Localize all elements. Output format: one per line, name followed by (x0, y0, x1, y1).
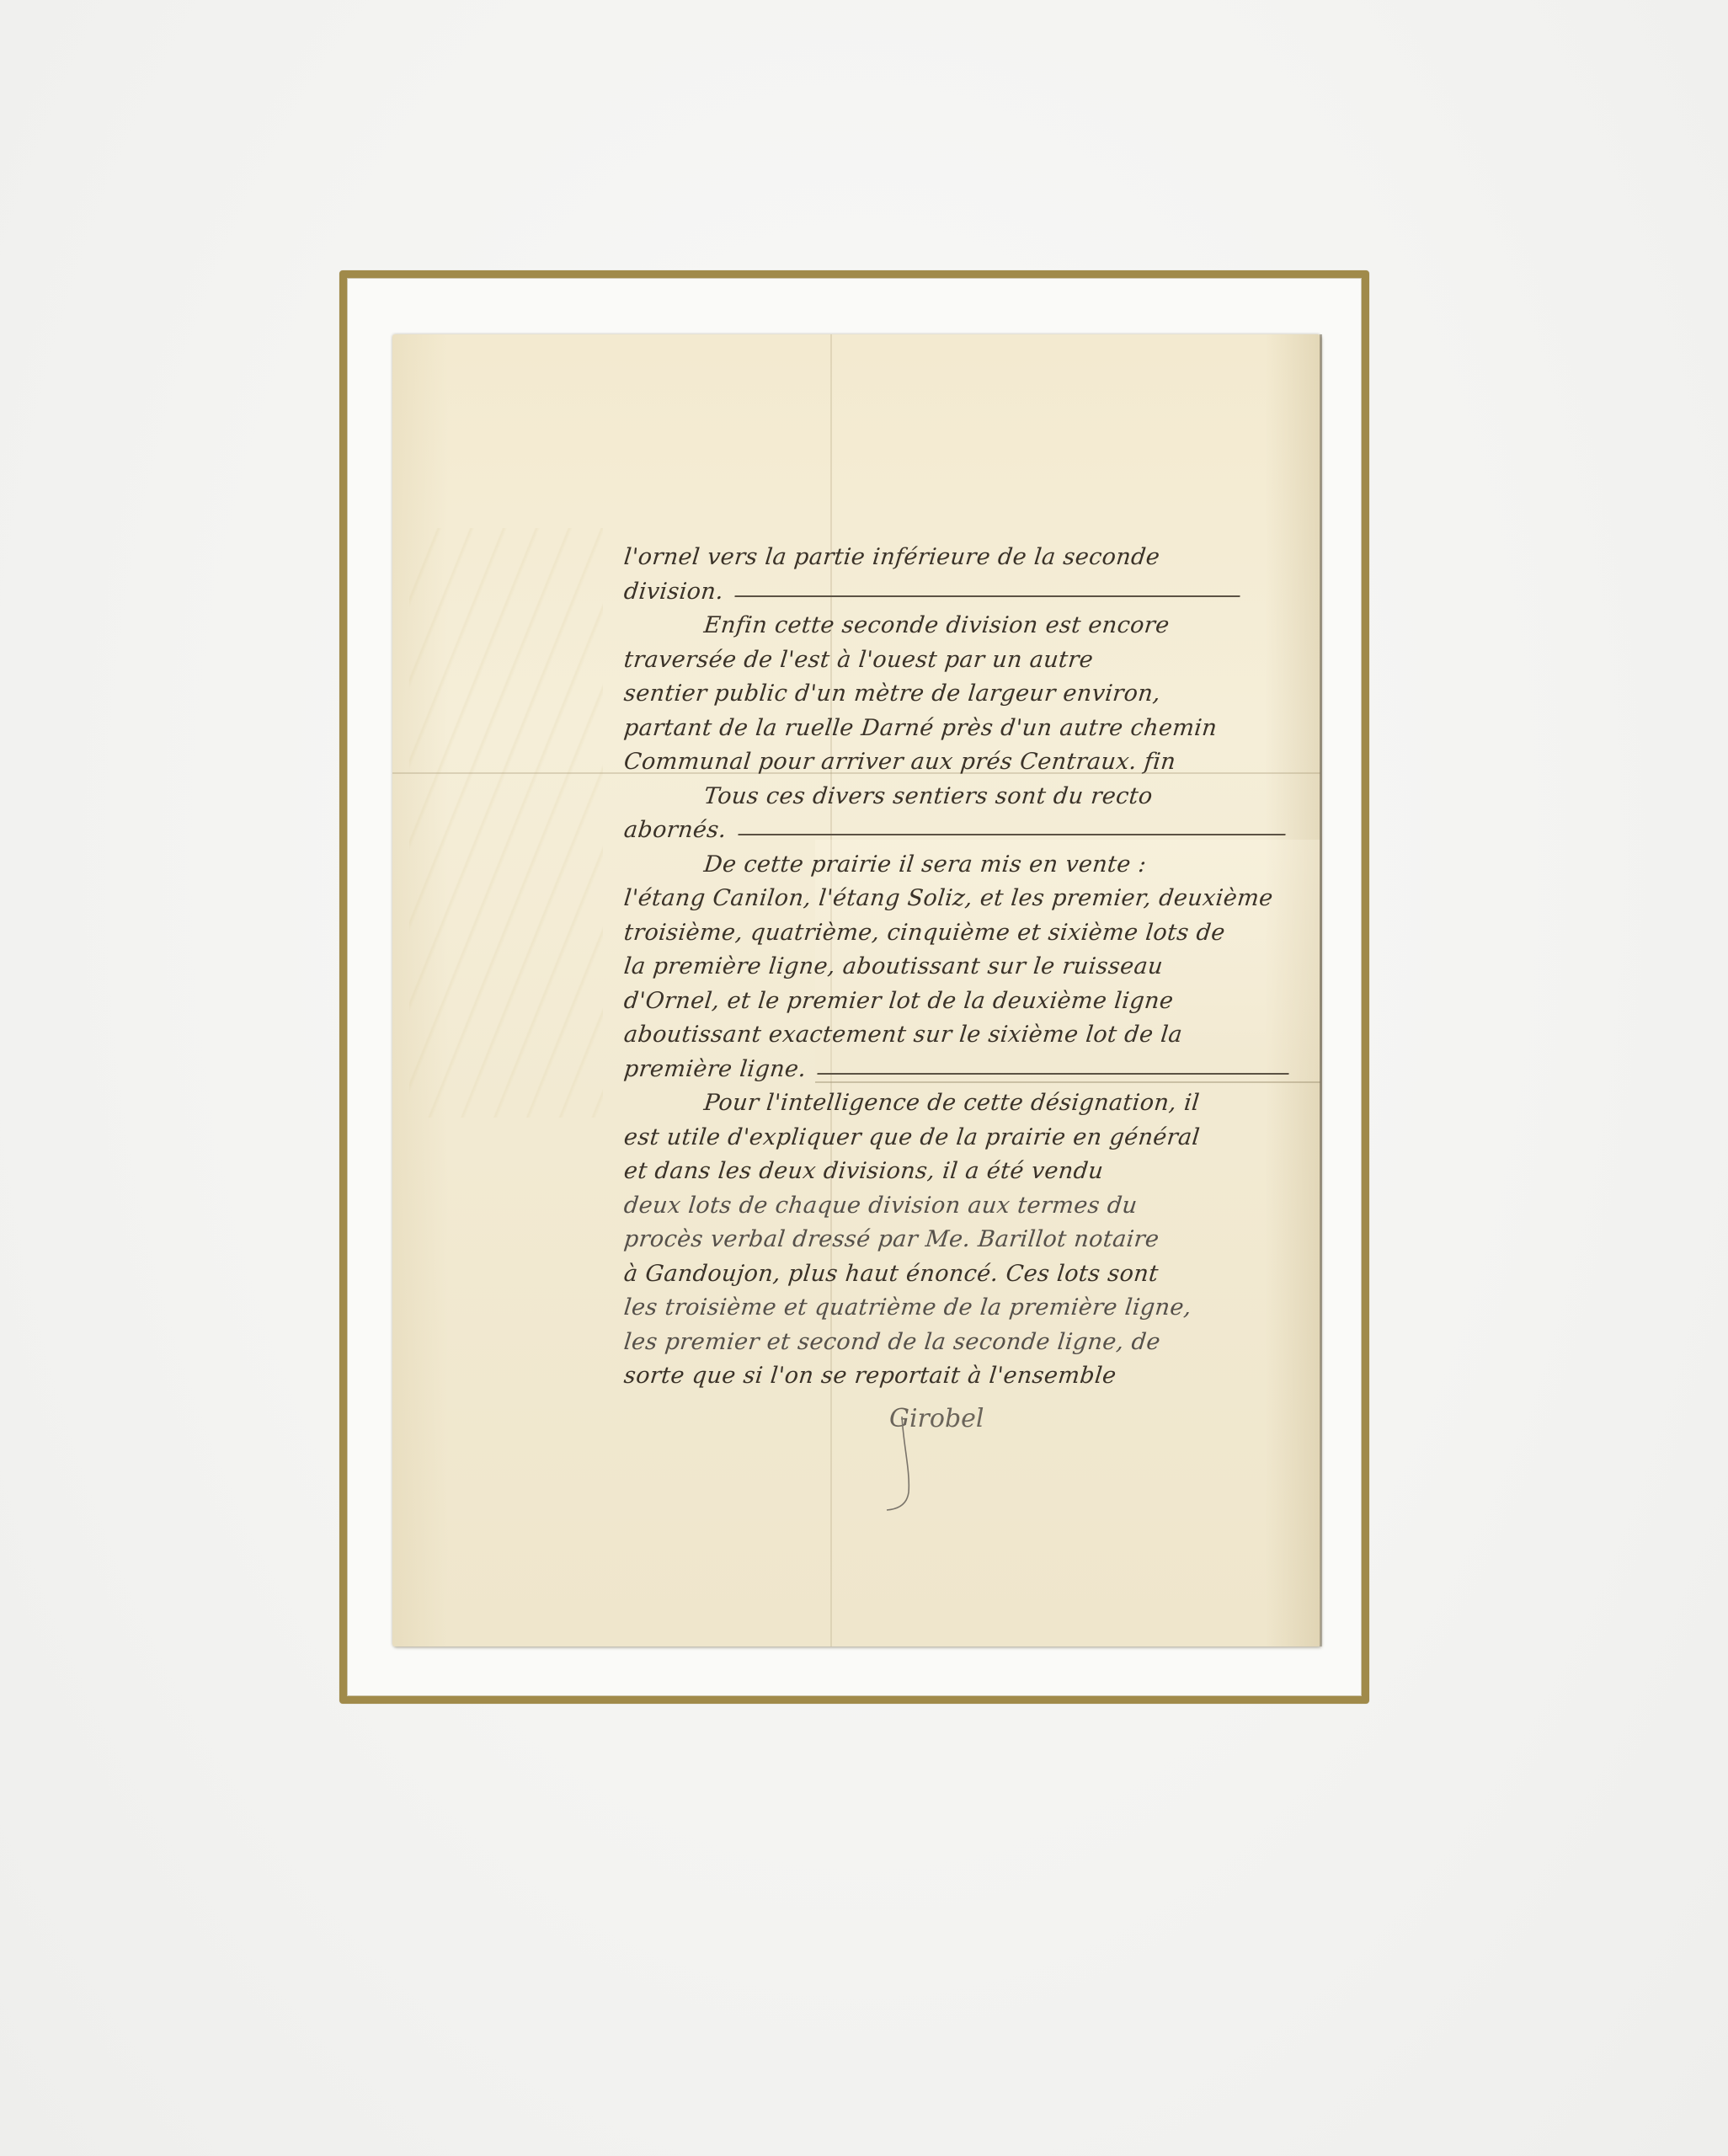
line-text: les premier et second de la seconde lign… (622, 1329, 1161, 1355)
text-line: à Gandoujon, plus haut énoncé. Ces lots … (622, 1257, 1312, 1292)
line-text: sorte que si l'on se reportait à l'ensem… (622, 1363, 1117, 1389)
text-line: Tous ces divers sentiers sont du recto (622, 780, 1312, 814)
line-text: Enfin cette seconde division est encore (702, 612, 1171, 638)
text-line: Communal pour arriver aux prés Centraux.… (622, 745, 1312, 780)
text-line: Pour l'intelligence de cette désignation… (622, 1086, 1312, 1121)
text-line: Enfin cette seconde division est encore (622, 609, 1312, 643)
line-text: Pour l'intelligence de cette désignation… (702, 1090, 1201, 1116)
text-line: sentier public d'un mètre de largeur env… (622, 677, 1312, 712)
line-text: deux lots de chaque division aux termes … (622, 1193, 1139, 1219)
text-line: l'ornel vers la partie inférieure de la … (622, 541, 1312, 575)
line-text: Communal pour arriver aux prés Centraux.… (622, 749, 1176, 775)
text-line: abornés. (622, 814, 1312, 848)
line-text: la première ligne, aboutissant sur le ru… (622, 953, 1164, 979)
line-text: abornés. (622, 817, 728, 843)
text-line: deux lots de chaque division aux termes … (622, 1189, 1312, 1224)
line-text: l'étang Canilon, l'étang Soliz, et les p… (622, 885, 1274, 911)
line-text: De cette prairie il sera mis en vente : (702, 851, 1147, 878)
text-line: et dans les deux divisions, il a été ven… (622, 1155, 1312, 1189)
line-text: Tous ces divers sentiers sont du recto (702, 783, 1154, 809)
signature-flourish-icon (885, 1412, 936, 1513)
line-text: procès verbal dressé par Me. Barillot no… (622, 1226, 1160, 1252)
text-line: est utile d'expliquer que de la prairie … (622, 1121, 1312, 1155)
line-text: d'Ornel, et le premier lot de la deuxièm… (622, 988, 1175, 1014)
line-text: partant de la ruelle Darné près d'un aut… (622, 715, 1218, 741)
text-line: De cette prairie il sera mis en vente : (622, 848, 1312, 883)
text-line: troisième, quatrième, cinquième et sixiè… (622, 916, 1312, 951)
text-line: première ligne. (622, 1053, 1312, 1087)
line-text: première ligne. (622, 1056, 808, 1082)
text-line: d'Ornel, et le premier lot de la deuxièm… (622, 985, 1312, 1019)
text-line: sorte que si l'on se reportait à l'ensem… (622, 1359, 1312, 1394)
text-line: traversée de l'est à l'ouest par un autr… (622, 643, 1312, 678)
line-text: traversée de l'est à l'ouest par un autr… (622, 647, 1094, 673)
text-line: procès verbal dressé par Me. Barillot no… (622, 1223, 1312, 1257)
line-text: division. (622, 579, 724, 605)
text-line: l'étang Canilon, l'étang Soliz, et les p… (622, 882, 1312, 916)
line-text: sentier public d'un mètre de largeur env… (622, 680, 1161, 707)
text-line: division. (622, 575, 1312, 610)
line-text: est utile d'expliquer que de la prairie … (622, 1124, 1201, 1150)
text-line: aboutissant exactement sur le sixième lo… (622, 1018, 1312, 1053)
line-text: aboutissant exactement sur le sixième lo… (622, 1022, 1183, 1048)
ink-bleed-through (409, 528, 603, 1118)
line-text: les troisième et quatrième de la premièr… (622, 1294, 1192, 1321)
section-rule (738, 834, 1285, 835)
text-line: les troisième et quatrième de la premièr… (622, 1291, 1312, 1326)
line-text: l'ornel vers la partie inférieure de la … (622, 544, 1160, 570)
section-rule (818, 1072, 1289, 1074)
line-text: et dans les deux divisions, il a été ven… (622, 1158, 1104, 1184)
line-text: troisième, quatrième, cinquième et sixiè… (622, 920, 1226, 946)
manuscript-page: l'ornel vers la partie inférieure de la … (392, 334, 1320, 1646)
text-line: la première ligne, aboutissant sur le ru… (622, 950, 1312, 985)
text-line: partant de la ruelle Darné près d'un aut… (622, 712, 1312, 746)
handwritten-text: l'ornel vers la partie inférieure de la … (624, 541, 1310, 1394)
line-text: à Gandoujon, plus haut énoncé. Ces lots … (622, 1261, 1160, 1287)
section-rule (735, 595, 1240, 596)
text-line: les premier et second de la seconde lign… (622, 1326, 1312, 1360)
